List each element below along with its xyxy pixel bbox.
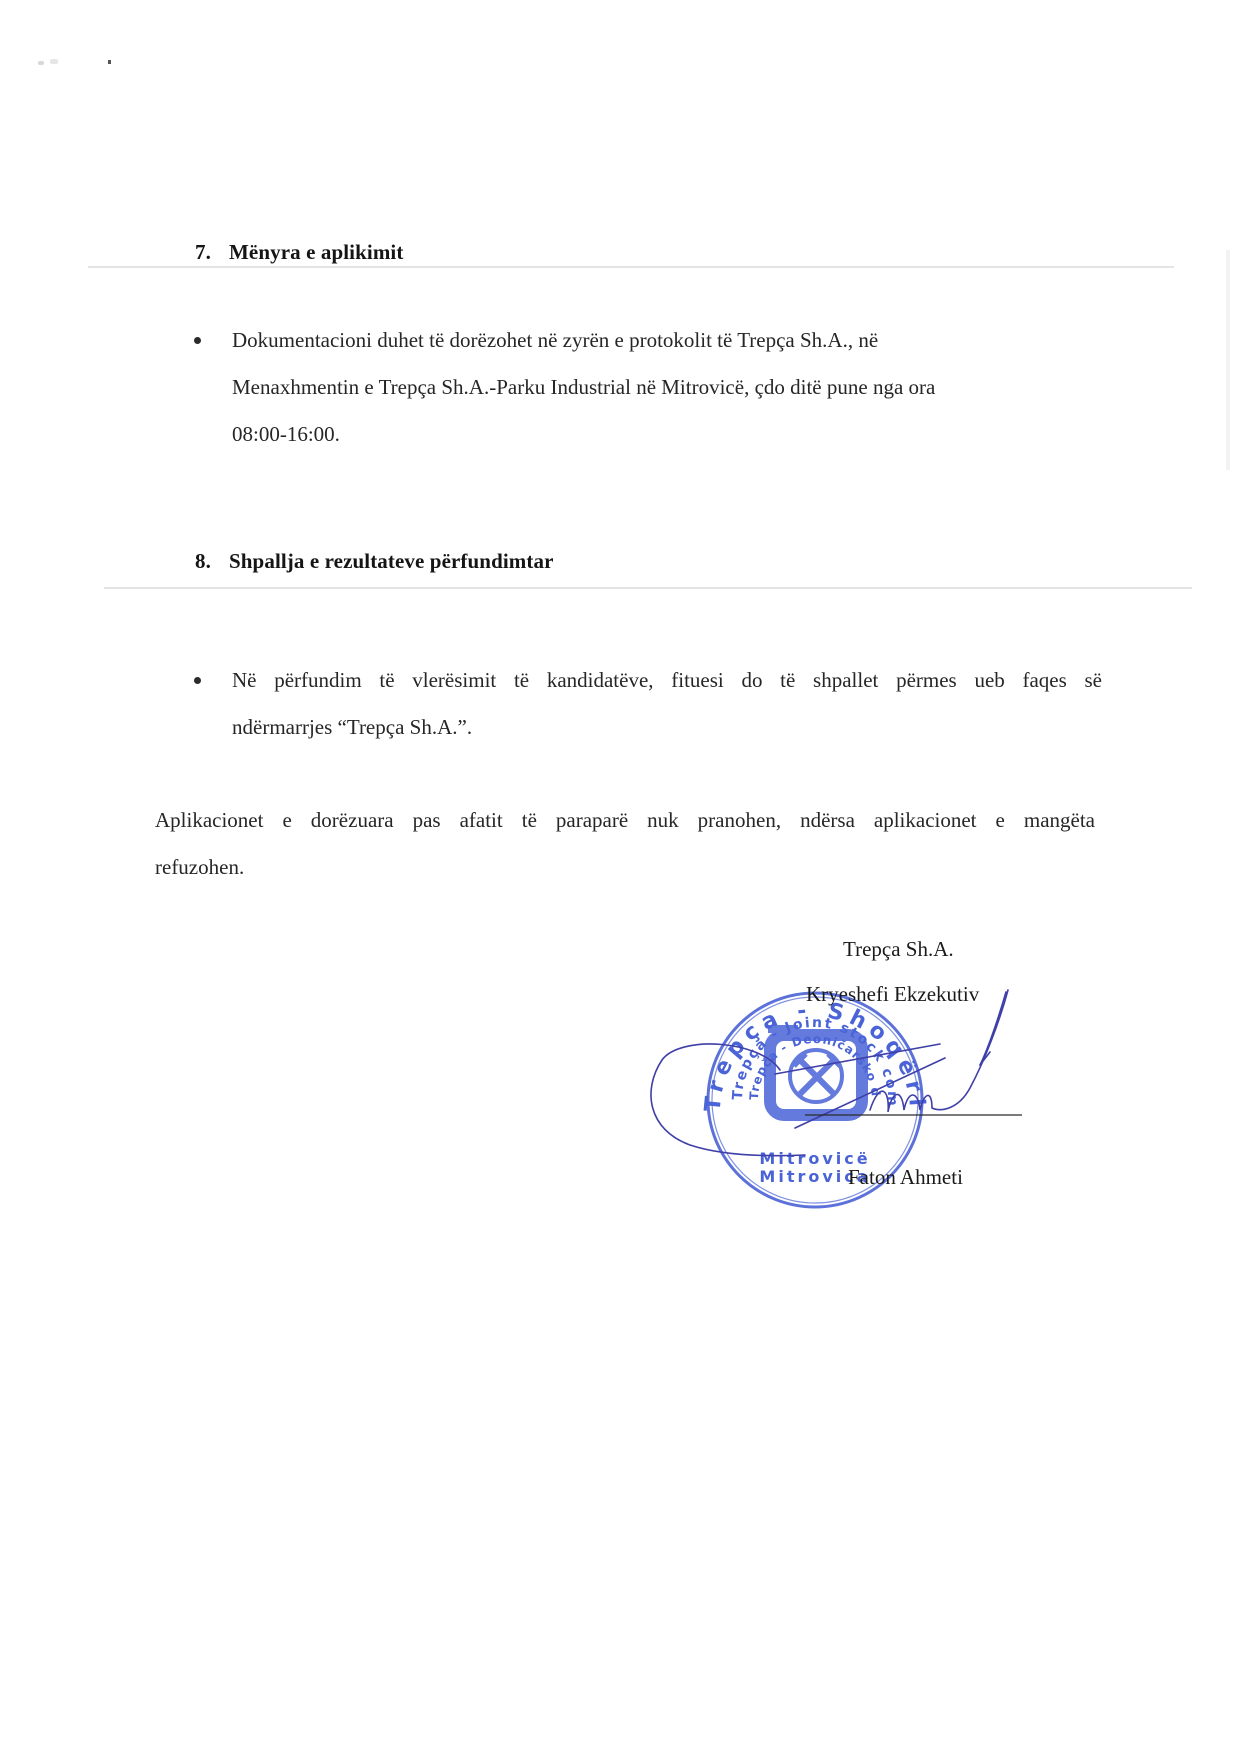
bullet-line: 08:00-16:00. [232,411,1082,458]
section-8-divider [104,587,1192,589]
signatory-name: Faton Ahmeti [848,1165,963,1190]
section-number: 7. [195,240,229,265]
bullet-line: Dokumentacioni duhet të dorëzohet në zyr… [232,317,1082,364]
bullet-icon [194,677,201,684]
bullet-line: ndërmarrjes “Trepça Sh.A.”. [232,704,1102,751]
section-7-divider [88,266,1174,268]
section-7-bullet: Dokumentacioni duhet të dorëzohet në zyr… [232,317,1082,458]
scan-edge-shadow [1226,250,1230,470]
closing-line: refuzohen. [155,844,1095,891]
bullet-icon [194,337,201,344]
mining-emblem-icon [768,1025,862,1115]
document-page: 7.Mënyra e aplikimit Dokumentacioni duhe… [0,0,1240,1753]
section-title: Shpallja e rezultateve përfundimtar [229,549,554,573]
bullet-line: Në përfundim të vlerësimit të kandidatëv… [232,657,1102,704]
closing-line: Aplikacionet e dorëzuara pas afatit të p… [155,797,1095,844]
closing-note: Aplikacionet e dorëzuara pas afatit të p… [155,797,1095,891]
signature-title: Kryeshefi Ekzekutiv [806,982,979,1007]
section-number: 8. [195,549,229,574]
scan-artifact-marks [36,55,126,69]
section-8-heading: 8.Shpallja e rezultateve përfundimtar [195,549,554,574]
section-7-heading: 7.Mënyra e aplikimit [195,240,403,265]
bullet-line: Menaxhmentin e Trepça Sh.A.-Parku Indust… [232,364,1082,411]
section-title: Mënyra e aplikimit [229,240,403,264]
section-8-bullet: Në përfundim të vlerësimit të kandidatëv… [232,657,1102,751]
